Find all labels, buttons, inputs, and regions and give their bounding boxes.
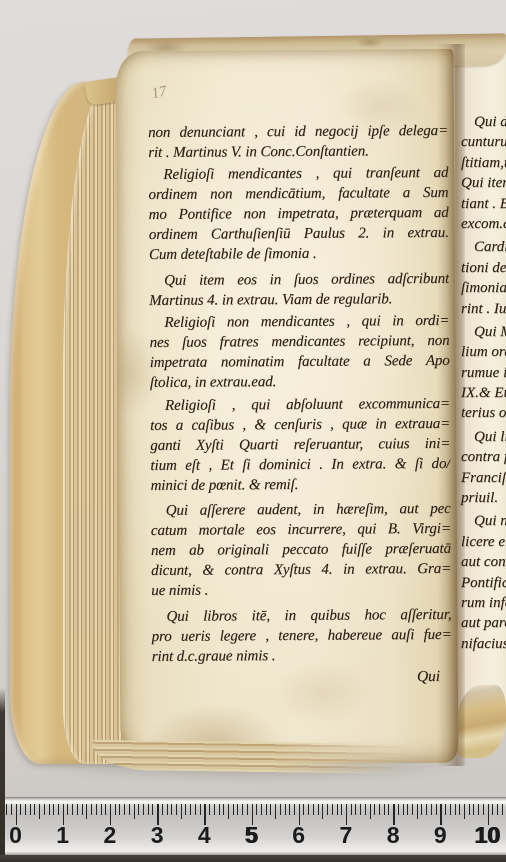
ruler-mm-tick — [379, 804, 380, 815]
ruler-mm-tick — [261, 804, 262, 815]
printed-text-line: rint . Iulius — [461, 299, 506, 319]
ruler-number: 8 — [375, 824, 411, 847]
ruler-mm-tick — [464, 804, 465, 819]
ruler-mm-tick — [49, 804, 50, 815]
ruler-mm-tick — [492, 804, 493, 815]
left-page-text: non denunciant , cui id negocij ipſe del… — [148, 121, 452, 689]
right-page-text: Qui dacunturue aliſtitiam,uel gQui item … — [461, 112, 506, 654]
printed-text-line: Qui item h — [461, 173, 506, 193]
ruler-mm-tick — [77, 804, 78, 815]
printed-text-line: tiant . Bonif — [461, 194, 506, 214]
printed-text-line: ordinem non mendicātium, facultate a Sum — [148, 183, 448, 205]
ruler-mm-tick — [134, 804, 135, 819]
catchword: Qui — [152, 667, 452, 689]
ruler-mm-tick — [91, 804, 92, 815]
ruler-number: 7 — [328, 824, 364, 847]
ruler-mm-tick — [275, 804, 276, 819]
ruler-mm-tick — [25, 804, 26, 815]
ruler-mm-tick — [294, 804, 295, 815]
photo-edge-shadow-left — [0, 688, 5, 862]
ruler-mm-tick — [190, 804, 191, 815]
ruler-mm-tick — [360, 804, 361, 815]
ruler-mm-tick — [473, 804, 474, 815]
measuring-ruler-cm: 012345678910 — [0, 797, 506, 856]
page-bottom-edges — [92, 740, 422, 775]
ruler-mm-tick — [20, 804, 21, 815]
ruler-mm-tick — [6, 804, 7, 815]
ruler-number: 2 — [92, 824, 128, 847]
printed-text-line: rumue in caſi — [461, 363, 506, 383]
ruler-mm-tick — [228, 804, 229, 819]
printed-text-line: minici de pœnit. & remiſ. — [150, 474, 450, 496]
printed-text-line: Pontificis , ſu — [461, 573, 506, 593]
ruler-mm-tick — [483, 804, 484, 815]
ruler-mm-tick — [148, 804, 149, 815]
ruler-mm-tick — [417, 804, 418, 819]
printed-text-line: Qui libros itē, in quibus hoc aſſeritur, — [151, 605, 451, 627]
ruler-mm-tick — [450, 804, 451, 815]
ruler-mm-tick — [167, 804, 168, 815]
printed-text-line: tos a caſibus , & cenſuris , quæ in extr… — [150, 414, 450, 436]
ruler-mm-tick — [214, 804, 215, 815]
ruler-mm-tick — [209, 804, 210, 815]
printed-text-line: nem ab originali peccato fuiſſe præſerua… — [151, 539, 451, 561]
ruler-mm-tick — [58, 804, 59, 815]
ruler-number: 4 — [186, 824, 222, 847]
ruler-number: 9 — [422, 824, 458, 847]
ruler-mm-tick — [412, 804, 413, 815]
ruler-mm-tick — [219, 804, 220, 815]
right-page: Qui dacunturue aliſtitiam,uel gQui item … — [455, 40, 506, 758]
printed-text-line: ſtolica, in extrau.ead. — [150, 371, 450, 393]
book-photograph: Qui dacunturue aliſtitiam,uel gQui item … — [0, 0, 506, 862]
ruler-mm-tick — [115, 804, 116, 815]
handwritten-folio-number: 17 — [150, 83, 168, 103]
ruler-mm-tick — [82, 804, 83, 815]
ruler-mm-tick — [124, 804, 125, 815]
printed-text-line: cunturue ali — [461, 132, 506, 152]
ruler-number: 1 — [45, 824, 81, 847]
ruler-mm-tick — [431, 804, 432, 815]
ruler-mm-tick — [11, 804, 12, 815]
ruler-mm-tick — [308, 804, 309, 815]
printed-text-line: ordinem Carthuſienſiū Paulus 2. in extra… — [149, 223, 449, 245]
printed-text-line: Cardina — [461, 237, 506, 257]
ruler-mm-tick — [256, 804, 257, 815]
printed-text-line: tioni de elec — [461, 258, 506, 278]
ruler-mm-tick — [365, 804, 366, 815]
ruler-mm-tick — [322, 804, 323, 819]
printed-text-line: Qui neg — [461, 511, 506, 531]
printed-text-line: Religioſi non mendicantes , qui in ordi= — [149, 311, 449, 333]
ruler-mm-tick — [176, 804, 177, 815]
ruler-mm-tick — [337, 804, 338, 815]
ruler-mm-tick — [72, 804, 73, 815]
printed-text-line: Qui Mo — [461, 322, 506, 342]
ruler-mm-tick — [407, 804, 408, 815]
ruler-mm-tick — [285, 804, 286, 815]
printed-text-line: priuil. — [461, 488, 506, 508]
ruler-mm-tick — [398, 804, 399, 815]
printed-text-line: IX.& Euge — [461, 383, 506, 403]
ruler-mm-tick — [403, 804, 404, 815]
ruler-mm-tick — [388, 804, 389, 815]
printed-text-line: rint d.c.graue nimis . — [152, 645, 452, 667]
printed-text-line: aut parochorū — [461, 613, 506, 633]
ruler-mm-tick — [67, 804, 68, 815]
printed-text-line: impetrata nominatim facultate a Sede Apo — [150, 351, 450, 373]
printed-text-line: licere eleem — [461, 532, 506, 552]
printed-text-line: contra fratr — [461, 447, 506, 467]
printed-text-line: Franciſcano — [461, 468, 506, 488]
printed-text-line: nifacius IX. — [461, 634, 506, 654]
printed-text-line: nes ſuos fratres mendicantes recipiunt, … — [149, 331, 449, 353]
ruler-mm-tick — [101, 804, 102, 815]
printed-text-line: ganti Xyſti Quarti reſeruantur, cuius in… — [150, 434, 450, 456]
ruler-mm-tick — [86, 804, 87, 819]
printed-text-line: aut confeßio — [461, 552, 506, 572]
ruler-mm-tick — [96, 804, 97, 815]
ruler-mm-tick — [143, 804, 144, 815]
ruler-mm-tick — [355, 804, 356, 815]
ruler-mm-tick — [455, 804, 456, 815]
ruler-number: 6 — [281, 824, 317, 847]
ruler-mm-tick — [436, 804, 437, 815]
ruler-mm-tick — [421, 804, 422, 815]
printed-text-line: lium ordinis — [461, 342, 506, 362]
ruler-number: 0 — [0, 824, 34, 847]
ruler-mm-tick — [119, 804, 120, 815]
ruler-mm-tick — [327, 804, 328, 815]
ruler-mm-tick — [341, 804, 342, 815]
ruler-mm-tick — [181, 804, 182, 819]
printed-text-line: non denunciant , cui id negocij ipſe del… — [148, 121, 448, 143]
ruler-mm-tick — [318, 804, 319, 815]
ruler-mm-tick — [237, 804, 238, 815]
ruler-mm-tick — [34, 804, 35, 815]
ruler-mm-tick — [266, 804, 267, 815]
printed-text-line: excom.c. 1. — [461, 214, 506, 234]
printed-text-line: rum inferior — [461, 593, 506, 613]
ruler-mm-tick — [459, 804, 460, 815]
left-page: 17 non denunciant , cui id negocij ipſe … — [116, 49, 459, 765]
printed-text-line: Martinus 4. in extrau. Viam de regularib… — [149, 289, 449, 311]
ruler-mm-tick — [30, 804, 31, 815]
printed-text-line: Cum deteſtabile de ſimonia . — [149, 243, 449, 265]
ruler-mm-tick — [53, 804, 54, 815]
ruler-mm-tick — [39, 804, 40, 819]
printed-text-line: ue nimis . — [151, 579, 451, 601]
ruler-mm-tick — [138, 804, 139, 815]
printed-text-line: tium eſt , Et ſi dominici . In extra. & … — [150, 454, 450, 476]
ruler-number: 3 — [139, 824, 175, 847]
photo-edge-shadow-bottom — [0, 855, 506, 862]
ruler-mm-tick — [44, 804, 45, 815]
printed-text-line: Religioſi mendicantes , qui tranſeunt ad — [148, 163, 448, 185]
ruler-mm-tick — [313, 804, 314, 815]
ruler-mm-tick — [233, 804, 234, 815]
ruler-mm-tick — [129, 804, 130, 815]
printed-text-line: pro ueris legere , tenere, habereue auſi… — [152, 625, 452, 647]
ruler-mm-tick — [171, 804, 172, 815]
ruler-mm-tick — [384, 804, 385, 815]
ruler-mm-tick — [242, 804, 243, 815]
ruler-mm-tick — [351, 804, 352, 815]
ruler-mm-tick — [223, 804, 224, 815]
ruler-mm-tick — [289, 804, 290, 815]
ruler-mm-tick — [105, 804, 106, 815]
ruler-mm-tick — [200, 804, 201, 815]
right-page-bottom-curl — [455, 685, 506, 758]
printed-text-line: mo Pontifice non impetrata, præterquam a… — [149, 203, 449, 225]
ruler-number: 10 — [470, 824, 506, 847]
printed-text-line: terius ordini — [461, 403, 506, 423]
ruler-mm-tick — [469, 804, 470, 815]
printed-text-line: ſimoniam fa — [461, 278, 506, 298]
ruler-mm-tick — [374, 804, 375, 815]
printed-text-line: Qui lib — [461, 427, 506, 447]
ruler-mm-tick — [332, 804, 333, 815]
printed-text-line: Qui da — [461, 112, 506, 132]
printed-text-line: rit . Martinus V. in Conc.Conſtantien. — [148, 141, 448, 163]
ruler-mm-tick — [280, 804, 281, 815]
printed-text-line: Qui item eos in ſuos ordines adſcribunt — [149, 269, 449, 291]
ruler-mm-tick — [247, 804, 248, 815]
ruler-mm-tick — [370, 804, 371, 819]
printed-text-line: Qui aſſerere audent, in hæreſim, aut pec — [151, 499, 451, 521]
ruler-mm-tick — [478, 804, 479, 815]
ruler-mm-tick — [162, 804, 163, 815]
printed-text-line: catum mortale eos incurrere, qui B. Virg… — [151, 519, 451, 541]
ruler-mm-tick — [152, 804, 153, 815]
printed-text-line: dicunt, & contra Xyſtus 4. in extrau. Gr… — [151, 559, 451, 581]
ruler-mm-tick — [497, 804, 498, 815]
ruler-number: 5 — [234, 824, 270, 847]
ruler-mm-tick — [195, 804, 196, 815]
ruler-mm-tick — [426, 804, 427, 815]
printed-text-line: Religioſi , qui abſoluunt excommunica= — [150, 394, 450, 416]
ruler-mm-tick — [445, 804, 446, 815]
ruler-mm-tick — [502, 804, 503, 815]
printed-text-line: ſtitiam,uel g — [461, 153, 506, 173]
ruler-mm-tick — [185, 804, 186, 815]
ruler-mm-tick — [303, 804, 304, 815]
ruler-mm-tick — [270, 804, 271, 815]
